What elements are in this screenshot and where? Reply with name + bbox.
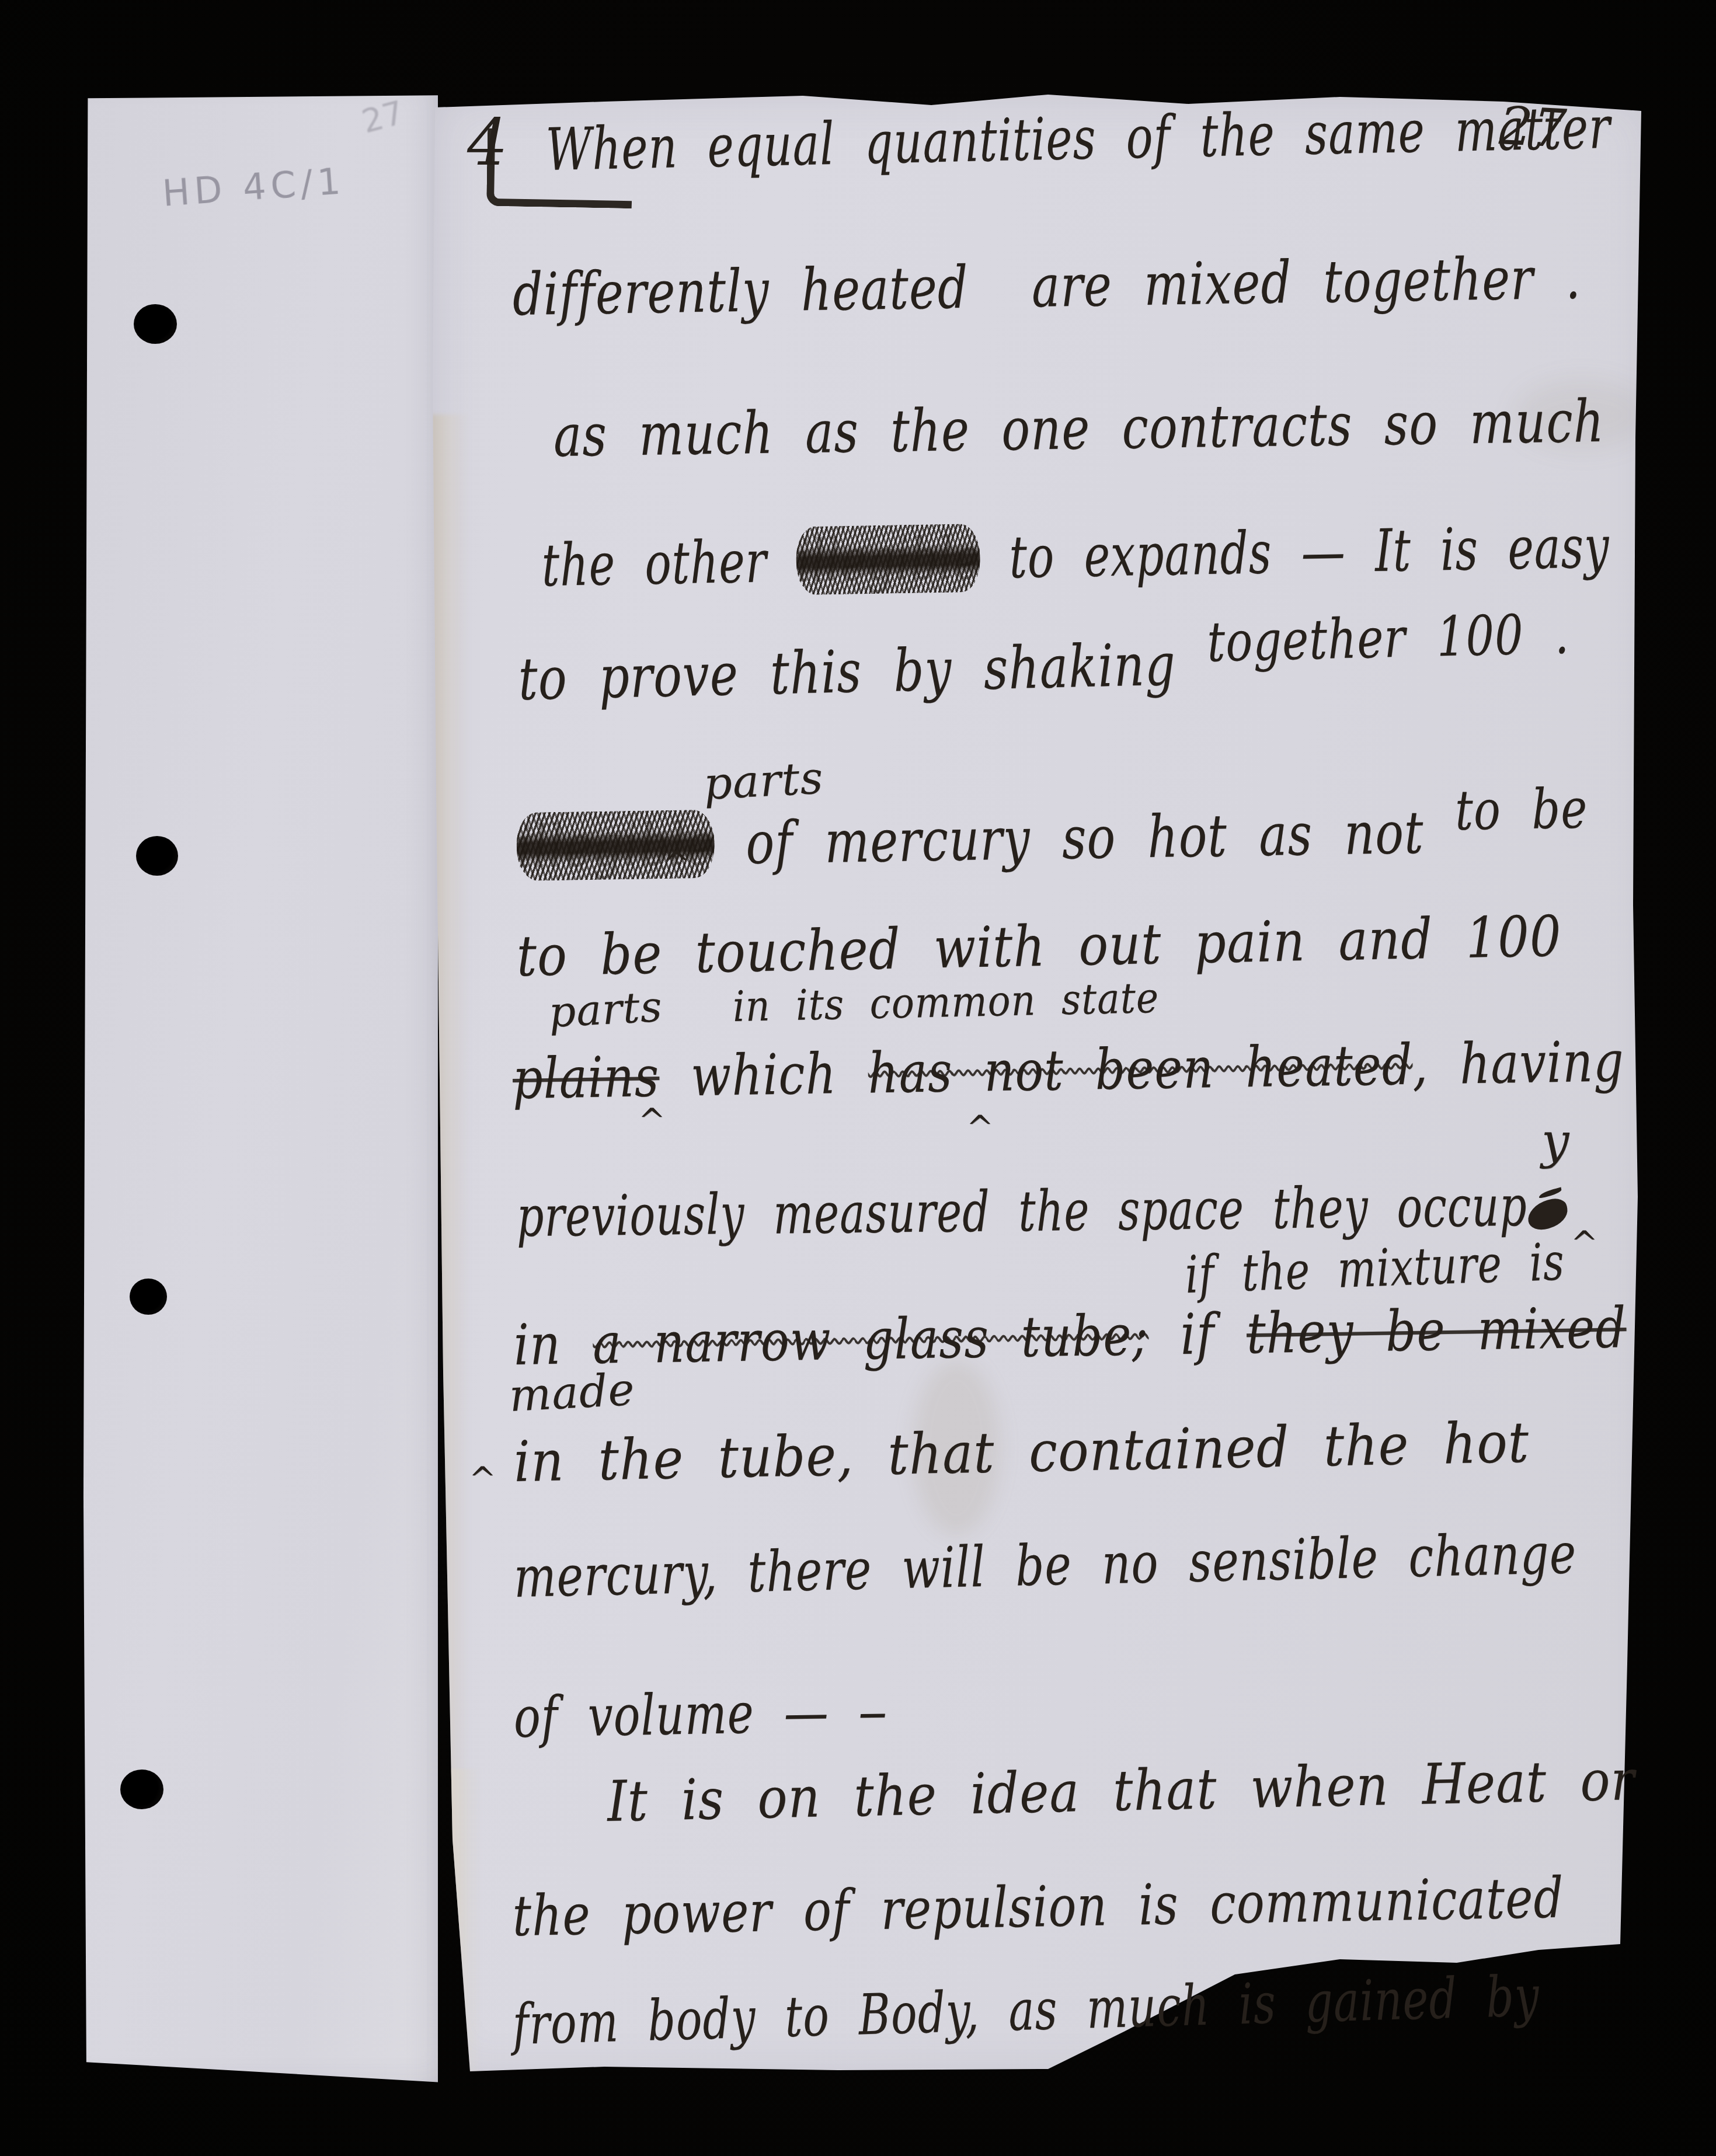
text-segment: which [659,1040,868,1109]
text-segment: of mercury so hot as not [713,798,1456,878]
scribbled-deletion: illegible [796,524,980,595]
manuscript-line-line-12-insert: y [1541,1112,1570,1169]
insertion-caret: ^ [469,1461,496,1499]
ink-blot [1526,1195,1570,1234]
punch-hole [136,836,178,876]
manuscript-line-line-16-insert: made [508,1363,636,1422]
punch-hole [134,304,177,344]
text-segment: has not been heated [868,1032,1413,1106]
insertion-caret: ^ [663,845,690,883]
insertion-caret: ^ [966,1109,994,1147]
text-segment: the other [541,527,797,600]
text-segment: a narrow glass tube; [592,1302,1149,1377]
photograph: HD 4C/1 27 27 4 When equal quantities of… [0,0,1716,2156]
text-segment: to be [1454,777,1588,843]
punch-hole [120,1770,163,1809]
text-segment: y [1541,1112,1570,1169]
manuscript-line-line-06-insert: parts [702,751,825,810]
text-segment: together 100 . [1206,602,1570,674]
text-segment: if [1148,1301,1247,1368]
text-segment: they be mixed [1246,1295,1627,1366]
text-segment: in its common state [732,973,1160,1031]
text-segment: made [508,1363,636,1422]
manuscript-line-line-09-insert: parts [548,982,664,1037]
text-segment: parts [702,751,825,810]
text-segment: of volume — ‒ [513,1678,888,1750]
text-segment: plains [512,1044,660,1112]
punch-hole [130,1279,167,1315]
insertion-caret: ^ [638,1102,666,1140]
insertion-caret: ^ [1571,1225,1598,1263]
text-segment: , having [1412,1029,1624,1098]
text-segment: parts [548,982,664,1037]
manuscript-line-line-10-insert: in its common state [732,973,1160,1031]
text-segment: to expands — It is easy [979,513,1610,592]
manuscript-line-line-19: of volume — ‒ [513,1678,888,1750]
